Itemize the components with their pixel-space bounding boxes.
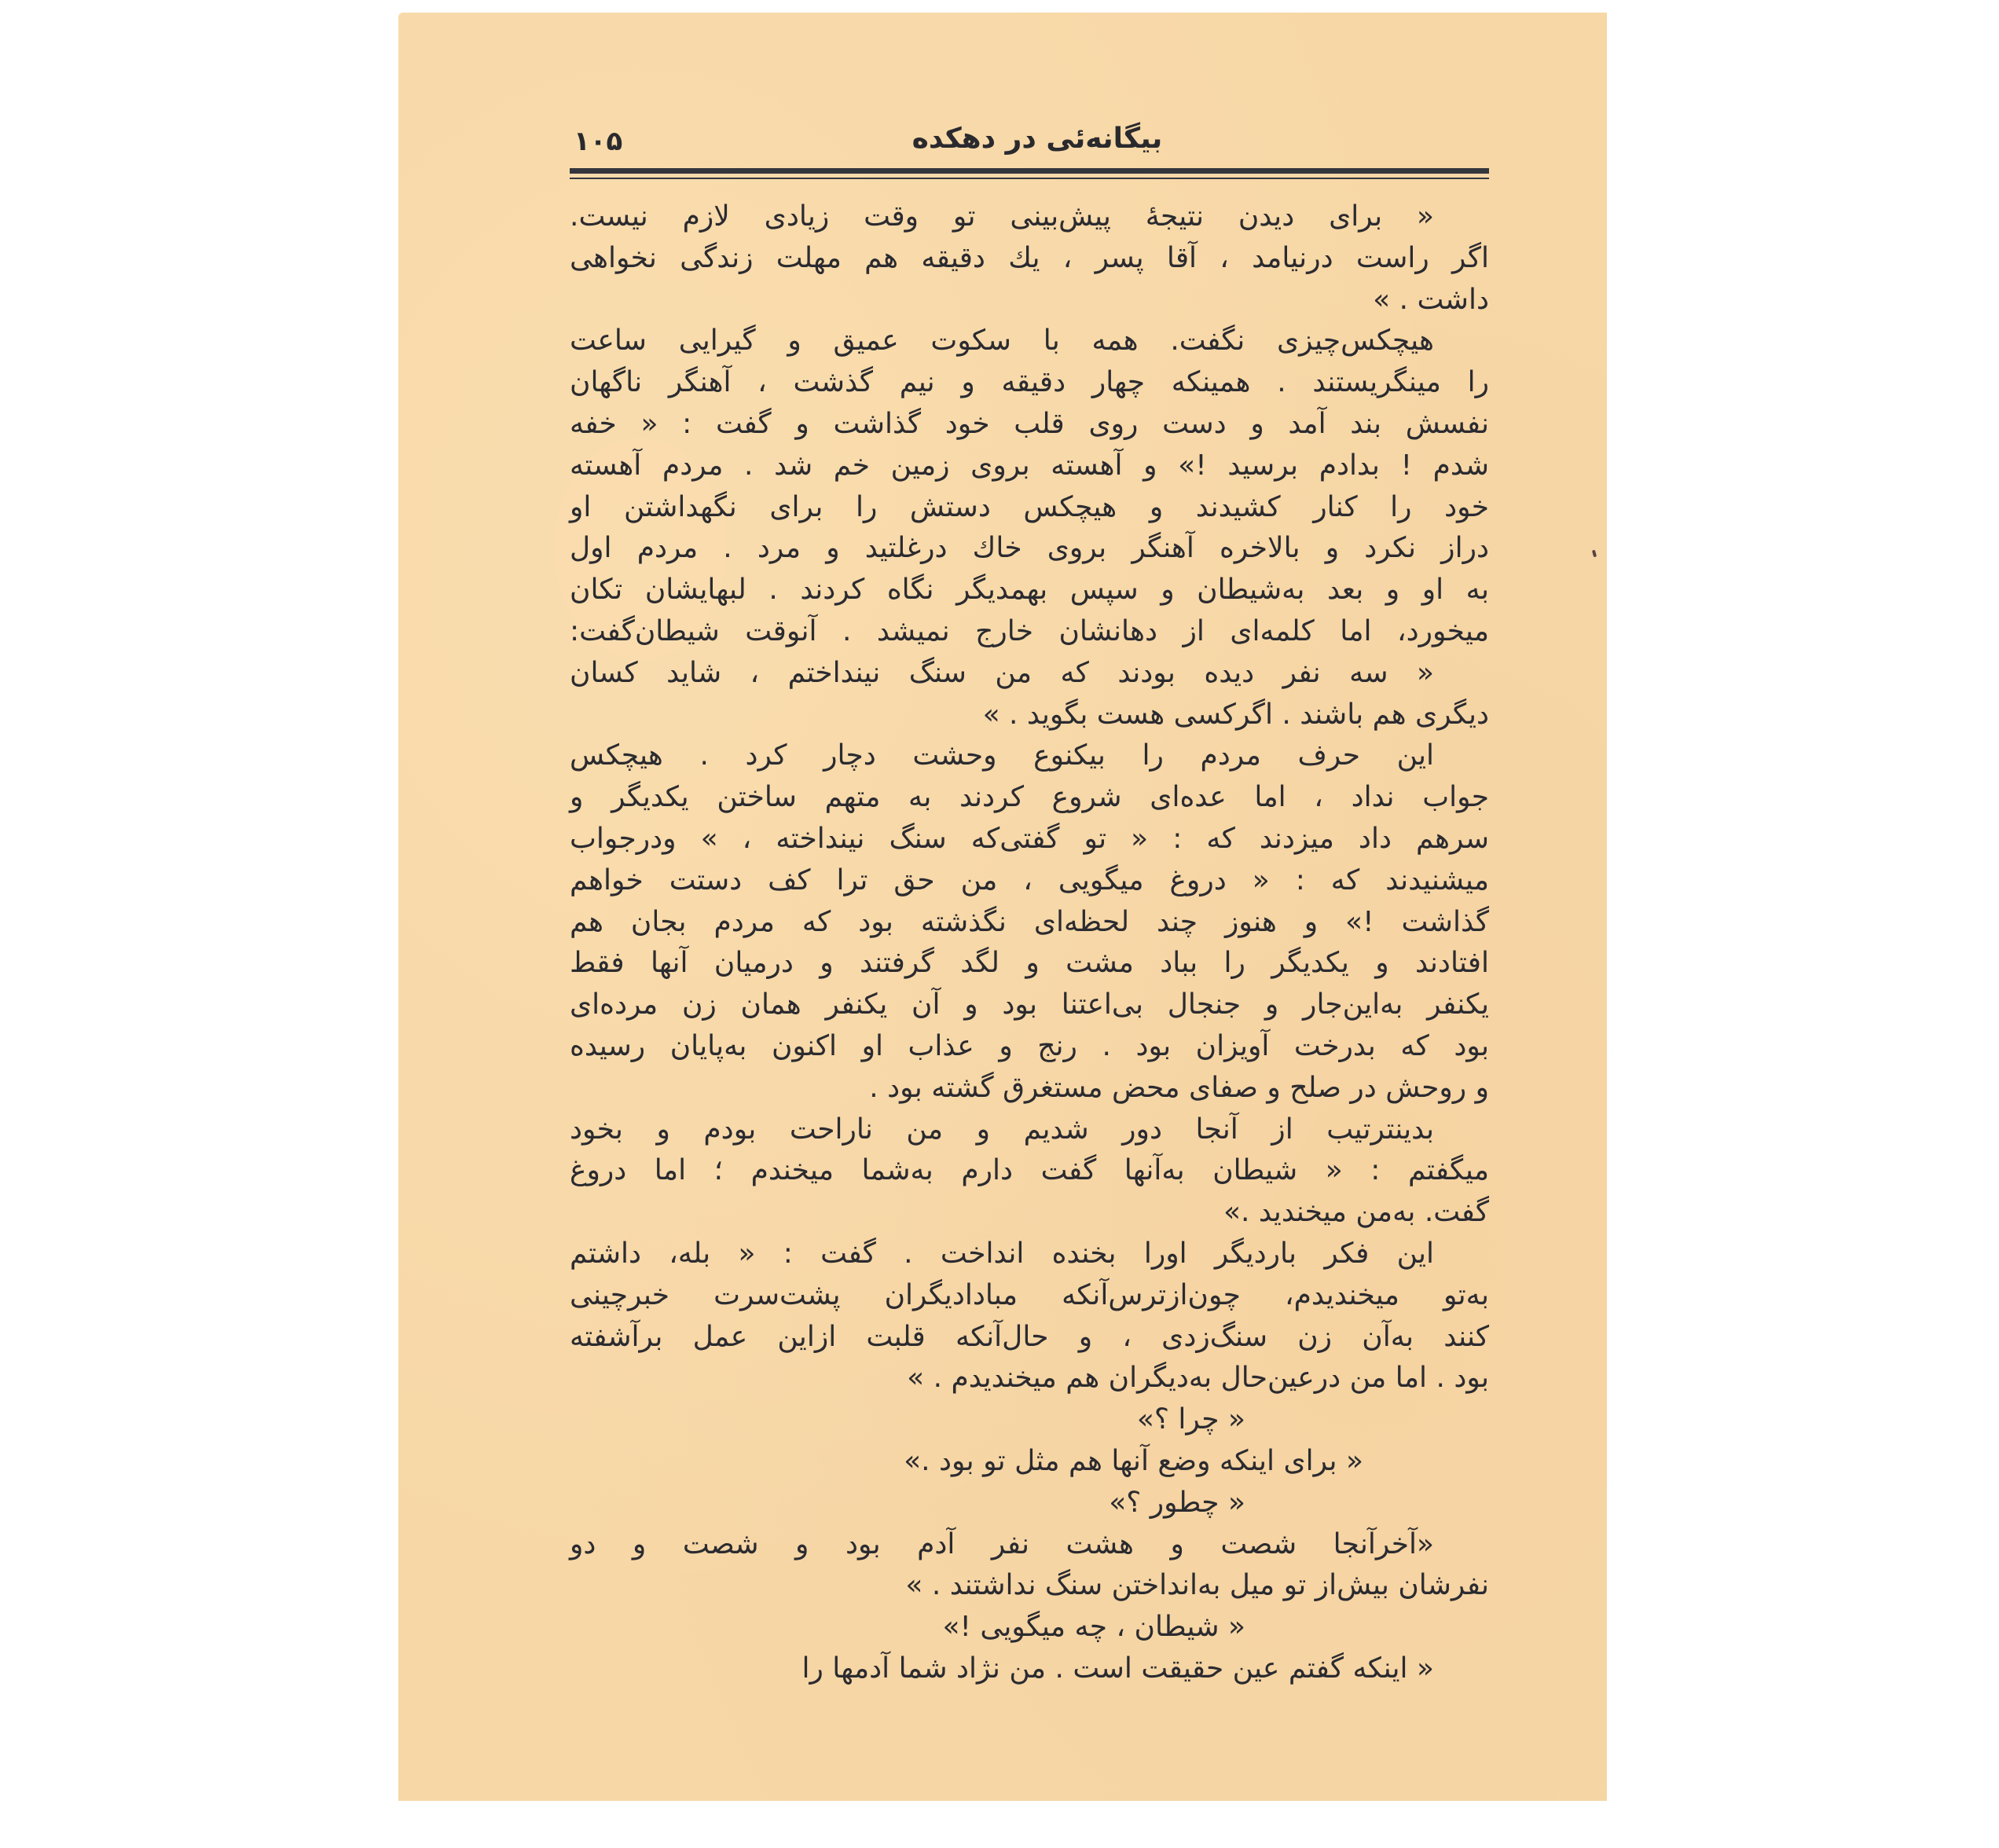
text-line: « سه نفر دیده بودند که من سنگ نینداختم ،… [570, 653, 1489, 695]
text-line: « چطور ؟» [570, 1483, 1489, 1524]
text-line: این فکر باردیگر اورا بخنده انداخت . گفت … [570, 1234, 1489, 1275]
text-line: بود که بدرخت آویزان بود . رنج و عذاب او … [570, 1026, 1489, 1068]
header-rule-thin [570, 178, 1489, 179]
text-line: دیگری هم باشند . اگرکسی هست بگوید . » [570, 695, 1489, 736]
header-rule-thick [570, 168, 1489, 174]
text-line: به‌تو میخندیدم، چون‌ازترس‌آنکه مبادادیگر… [570, 1275, 1489, 1317]
text-line: کنند به‌آن زن سنگ‌زدی ، و حال‌آنکه قلبت … [570, 1317, 1489, 1358]
text-line: سرهم داد میزدند که : « تو گفتی‌که سنگ نی… [570, 819, 1489, 860]
text-line: جواب نداد ، اما عده‌ای شروع کردند به مته… [570, 777, 1489, 819]
text-line: گذاشت !» و هنوز چند لحظه‌ای نگذشته بود ک… [570, 902, 1489, 944]
text-line: « برای دیدن نتیجهٔ پیش‌بینی تو وقت زیادی… [570, 196, 1489, 238]
text-line: « چرا ؟» [570, 1399, 1489, 1441]
text-line: نفرشان بیش‌از تو میل به‌انداختن سنگ نداش… [570, 1565, 1489, 1607]
text-line: میشنیدند که : « دروغ میگویی ، من حق ترا … [570, 860, 1489, 902]
text-line: « شیطان ، چه میگویی !» [570, 1607, 1489, 1648]
text-line: «آخرآنجا شصت و هشت نفر آدم بود و شصت و د… [570, 1524, 1489, 1566]
running-title: بیگانه‌ئی در دهکده [864, 123, 1210, 155]
text-line: دراز نکرد و بالاخره آهنگر بروی خاك درغلت… [570, 528, 1489, 570]
text-line: یکنفر به‌این‌جار و جنجال بی‌اعتنا بود و … [570, 984, 1489, 1026]
text-line: نفسش بند آمد و دست روی قلب خود گذاشت و گ… [570, 404, 1489, 445]
text-line: شدم ! بدادم برسید !» و آهسته بروی زمین خ… [570, 445, 1489, 487]
text-line: بدینترتیب از آنجا دور شدیم و من ناراحت ب… [570, 1109, 1489, 1151]
text-line: داشت . » [570, 280, 1489, 321]
text-line: گفت. به‌من میخندید .» [570, 1192, 1489, 1234]
body-text: « برای دیدن نتیجهٔ پیش‌بینی تو وقت زیادی… [570, 196, 1489, 1690]
text-line: خود را کنار کشیدند و هیچکس دستش را برای … [570, 487, 1489, 529]
text-line: « برای اینکه وضع آنها هم مثل تو بود .» [570, 1441, 1489, 1483]
text-line: میگفتم : « شیطان به‌آنها گفت دارم به‌شما… [570, 1150, 1489, 1192]
text-line: میخورد، اما کلمه‌ای از دهانشان خارج نمیش… [570, 611, 1489, 653]
page-number: ۱۰۵ [574, 126, 622, 157]
text-line: و روحش در صلح و صفای محض مستغرق گشته بود… [570, 1068, 1489, 1109]
text-line: را مینگریستند . همینکه چهار دقیقه و نیم … [570, 362, 1489, 404]
text-line: هیچکس‌چیزی نگفت. همه با سکوت عمیق و گیرا… [570, 321, 1489, 362]
text-line: بود . اما من درعین‌حال به‌دیگران هم میخن… [570, 1358, 1489, 1399]
text-line: اگر راست درنیامد ، آقا پسر ، یك دقیقه هم… [570, 238, 1489, 280]
text-line: به او و بعد به‌شیطان و سپس بهمدیگر نگاه … [570, 570, 1489, 611]
text-line: افتادند و یکدیگر را بباد مشت و لگد گرفتن… [570, 943, 1489, 984]
text-line: « اینکه گفتم عین حقیقت است . من نژاد شما… [570, 1648, 1489, 1690]
text-line: این حرف مردم را بیکنوع وحشت دچار کرد . ه… [570, 735, 1489, 777]
